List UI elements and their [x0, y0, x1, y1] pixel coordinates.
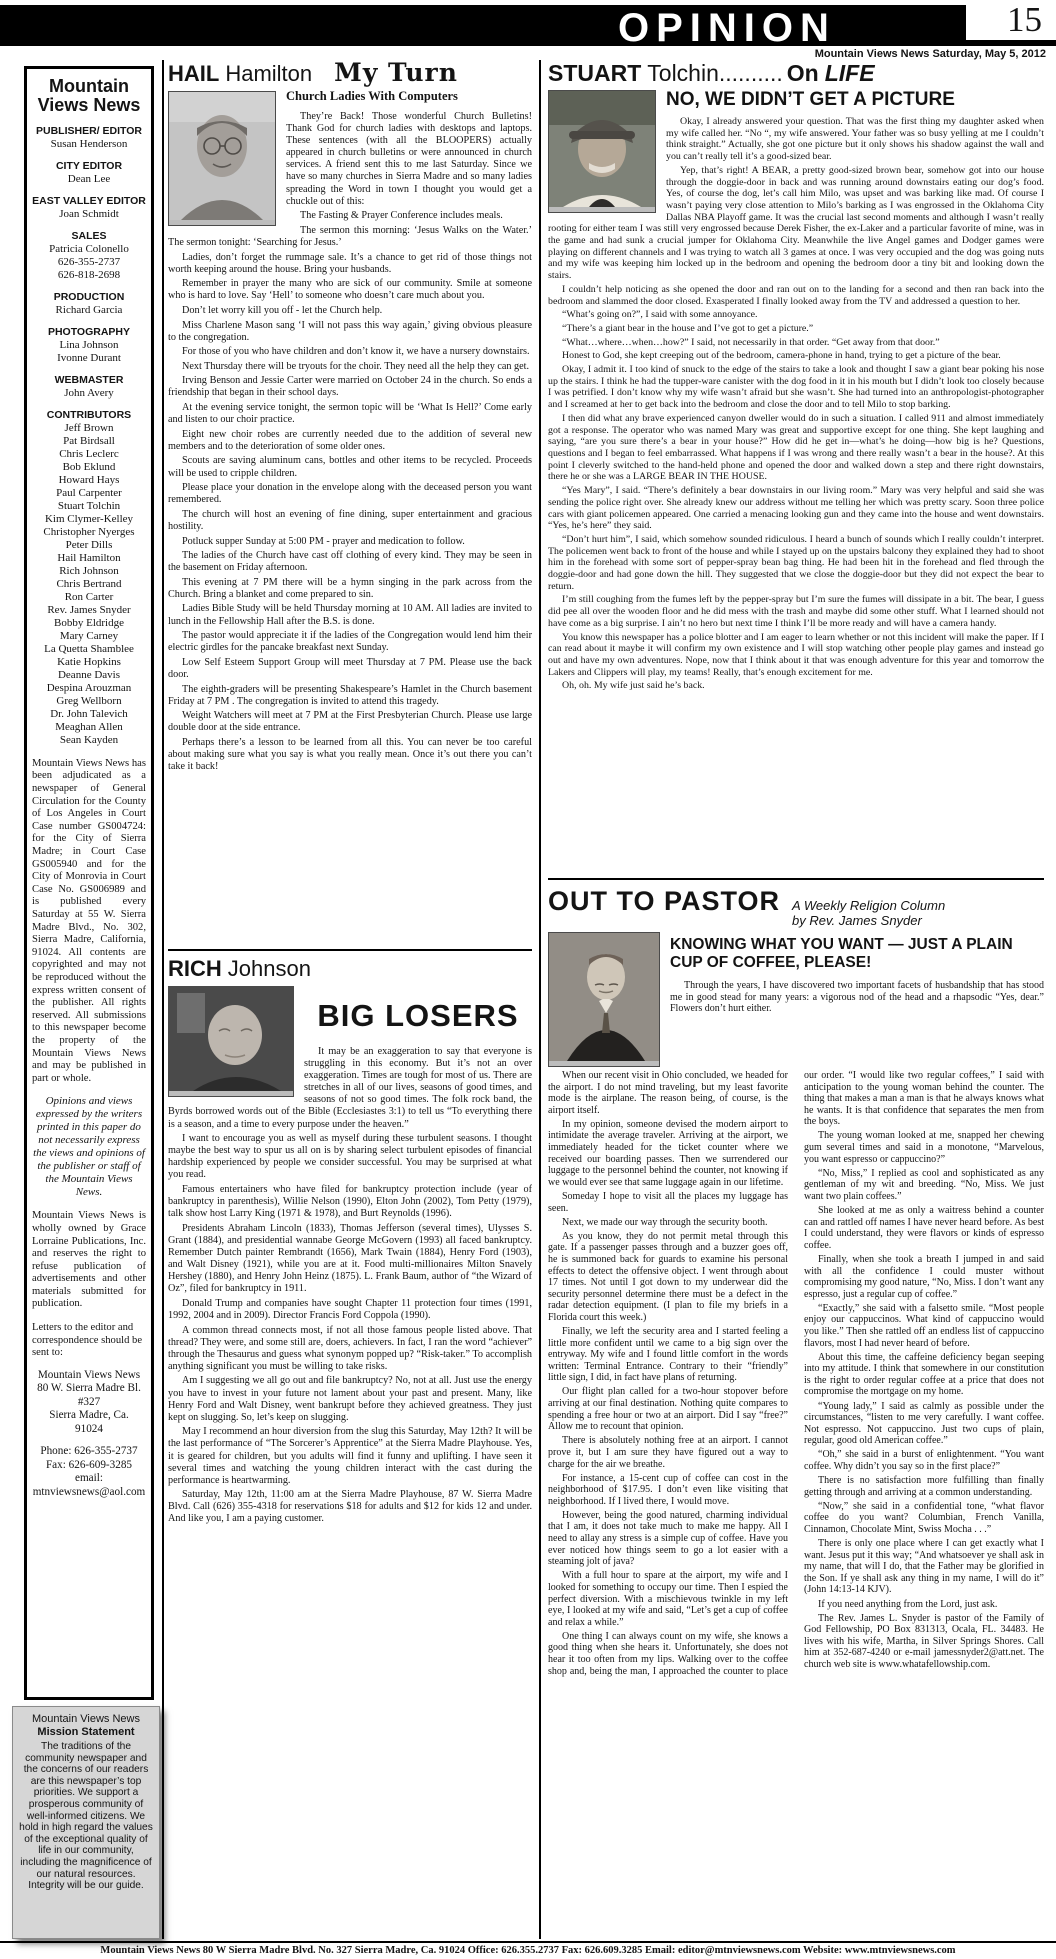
paragraph: Ladies, don’t forget the rummage sale. I…: [168, 252, 532, 276]
paragraph: Honest to God, she kept creeping out of …: [548, 350, 1044, 362]
paragraph: “Don’t hurt him”, I said, which somehow …: [548, 534, 1044, 593]
tolchin-column: STUART Tolchin.......... On LIFE NO, WE …: [548, 60, 1044, 875]
johnson-byline: RICH Johnson: [168, 956, 532, 982]
paragraph: Someday I hope to visit all the places m…: [548, 1191, 788, 1214]
paragraph: I couldn’t help noticing as she opened t…: [548, 284, 1044, 307]
james-snyder-photo: [548, 932, 660, 1067]
staff-name: Mary Carney: [32, 630, 146, 643]
staff-name: Patricia Colonello: [32, 243, 146, 256]
staff-role: CONTRIBUTORS: [32, 409, 146, 422]
page-number-box: 15: [966, 0, 1056, 40]
footer-line: Mountain Views News 80 W Sierra Madre Bl…: [0, 1945, 1056, 1956]
staff-name: Hail Hamilton: [32, 552, 146, 565]
pastor-subtitle-line2: by Rev. James Snyder: [792, 913, 922, 928]
pastor-column: OUT TO PASTOR A Weekly Religion Column b…: [548, 886, 1044, 1939]
pastor-subtitle: A Weekly Religion Column by Rev. James S…: [792, 898, 945, 928]
staff-name: Sean Kayden: [32, 734, 146, 747]
staff-name: Rich Johnson: [32, 565, 146, 578]
column-rule-left: [162, 60, 164, 1939]
paragraph: Irving Benson and Jessie Carter were mar…: [168, 375, 532, 399]
section-banner: [0, 5, 1056, 46]
staff-name: Ivonne Durant: [32, 352, 146, 365]
staff-name: Chris Leclerc: [32, 448, 146, 461]
paragraph: However, being the good natured, charmin…: [548, 1510, 788, 1568]
ownership-notice: Mountain Views News is wholly owned by G…: [32, 1210, 146, 1311]
paragraph: “No, Miss,” I replied as cool and sophis…: [804, 1168, 1044, 1203]
hamilton-first-name: HAIL: [168, 61, 219, 87]
paragraph: Famous entertainers who have filed for b…: [168, 1184, 532, 1220]
johnson-last-name: Johnson: [228, 956, 311, 982]
paragraph: Ladies Bible Study will be held Thursday…: [168, 603, 532, 627]
staff-name: John Avery: [32, 387, 146, 400]
paragraph: Remember in prayer the many who are sick…: [168, 278, 532, 302]
staff-role: CITY EDITOR: [32, 160, 146, 173]
contact-info: Phone: 626-355-2737Fax: 626-609-3285emai…: [32, 1445, 146, 1499]
paragraph: “Exactly,” she said with a falsetto smil…: [804, 1303, 1044, 1349]
page-number: 15: [1007, 0, 1056, 39]
staff-name: La Quetta Shamblee: [32, 643, 146, 656]
paragraph: “Yes Mary”, I said. “There’s definitely …: [548, 485, 1044, 532]
paragraph: Please place your donation in the envelo…: [168, 482, 532, 506]
paragraph: Am I suggesting we all go out and file b…: [168, 1375, 532, 1423]
paragraph: The young woman looked at me, snapped he…: [804, 1130, 1044, 1165]
staff-name: Rev. James Snyder: [32, 604, 146, 617]
masthead-sidebar: Mountain Views News PUBLISHER/ EDITORSus…: [24, 66, 154, 1700]
paragraph: A common thread connects most, if not al…: [168, 1325, 532, 1373]
paragraph: mtnviewsnews@aol.com: [32, 1486, 146, 1500]
staff-role: PUBLISHER/ EDITOR: [32, 125, 146, 138]
tolchin-byline: STUART Tolchin.......... On LIFE: [548, 60, 1044, 86]
letters-note: Letters to the editor and correspondence…: [32, 1322, 146, 1360]
staff-name: Greg Wellborn: [32, 695, 146, 708]
adjudication-notice: Mountain Views News has been adjudicated…: [32, 758, 146, 1085]
hail-hamilton-photo: [168, 91, 276, 226]
mission-title-line2: Mission Statement: [17, 1726, 155, 1739]
paragraph: As you know, they do not permit metal th…: [548, 1231, 788, 1324]
paragraph: About this time, the caffeine deficiency…: [804, 1352, 1044, 1398]
paragraph: The eighth-graders will be presenting Sh…: [168, 684, 532, 708]
staff-role: SALES: [32, 230, 146, 243]
section-divider-hamilton-johnson: [168, 949, 532, 951]
staff-name: Kim Clymer-Kelley: [32, 513, 146, 526]
paragraph: “There’s a giant bear in the house and I…: [548, 323, 1044, 335]
staff-role: PHOTOGRAPHY: [32, 326, 146, 339]
hamilton-column-title: My Turn: [334, 60, 458, 86]
paragraph: Mountain Views News: [32, 1369, 146, 1383]
paragraph: Our flight plan called for a two-hour st…: [548, 1386, 788, 1432]
paragraph: In my opinion, someone devised the moder…: [548, 1119, 788, 1189]
johnson-first-name: RICH: [168, 956, 222, 982]
paragraph: Next, we made our way through the securi…: [548, 1217, 788, 1229]
staff-name: Joan Schmidt: [32, 208, 146, 221]
paragraph: “Now,” she said in a confidential tone, …: [804, 1501, 1044, 1536]
johnson-body: It may be an exaggeration to say that ev…: [168, 1046, 532, 1526]
mailing-address: Mountain Views News80 W. Sierra Madre Bl…: [32, 1369, 146, 1437]
paragraph: Okay, I admit it. I too kind of snuck to…: [548, 364, 1044, 411]
paragraph: May I recommend an hour diversion from t…: [168, 1426, 532, 1486]
paragraph: I want to encourage you as well as mysel…: [168, 1133, 532, 1181]
tolchin-last-name: Tolchin..........: [647, 60, 783, 86]
paragraph: The ladies of the Church have cast off c…: [168, 550, 532, 574]
paragraph: “What…where…when…how?” I said, not neces…: [548, 337, 1044, 349]
paragraph: Fax: 626-609-3285: [32, 1459, 146, 1473]
staff-list: PUBLISHER/ EDITORSusan HendersonCITY EDI…: [32, 125, 146, 747]
hamilton-column: HAIL Hamilton My Turn Church Ladies With…: [168, 60, 532, 946]
paragraph: I then did what any brave experienced ca…: [548, 413, 1044, 483]
paragraph: You know this newspaper has a police blo…: [548, 632, 1044, 679]
staff-name: Jeff Brown: [32, 422, 146, 435]
pastor-title: OUT TO PASTOR: [548, 886, 780, 917]
paragraph: Perhaps there’s a lesson to be learned f…: [168, 737, 532, 773]
paragraph: When our recent visit in Ohio concluded,…: [548, 1070, 788, 1116]
paragraph: Donald Trump and companies have sought C…: [168, 1298, 532, 1322]
paragraph: There is absolutely nothing free at an a…: [548, 1435, 788, 1470]
paragraph: The Rev. James L. Snyder is pastor of th…: [804, 1613, 1044, 1671]
paragraph: For those of you who have children and d…: [168, 346, 532, 358]
staff-name: Meaghan Allen: [32, 721, 146, 734]
paragraph: Next Thursday there will be tryouts for …: [168, 361, 532, 373]
mission-title-line1: Mountain Views News: [17, 1713, 155, 1726]
staff-name: Katie Hopkins: [32, 656, 146, 669]
column-rule-mid: [539, 60, 541, 1939]
staff-name: Dr. John Talevich: [32, 708, 146, 721]
hamilton-byline: HAIL Hamilton My Turn: [168, 60, 532, 87]
paragraph: Miss Charlene Mason sang ‘I will not pas…: [168, 320, 532, 344]
paragraph: Presidents Abraham Lincoln (1833), Thoma…: [168, 1223, 532, 1296]
date-line: Mountain Views News Saturday, May 5, 201…: [815, 48, 1046, 60]
paragraph: Saturday, May 12th, 11:00 am at the Sier…: [168, 1489, 532, 1525]
staff-name: Paul Carpenter: [32, 487, 146, 500]
paragraph: Finally, when she took a breath I jumped…: [804, 1254, 1044, 1300]
paragraph: email:: [32, 1472, 146, 1486]
paragraph: Phone: 626-355-2737: [32, 1445, 146, 1459]
paragraph: 80 W. Sierra Madre Bl. #327: [32, 1382, 146, 1409]
paragraph: There is no satisfaction more fulfilling…: [804, 1475, 1044, 1498]
staff-name: Richard Garcia: [32, 304, 146, 317]
staff-name: Pat Birdsall: [32, 435, 146, 448]
staff-name: Christopher Nyerges: [32, 526, 146, 539]
paragraph: There is only one place where I can get …: [804, 1538, 1044, 1596]
paragraph: 91024: [32, 1423, 146, 1437]
staff-role: PRODUCTION: [32, 291, 146, 304]
pastor-header: OUT TO PASTOR A Weekly Religion Column b…: [548, 886, 1044, 928]
footer-rule: [0, 1941, 1056, 1943]
staff-name: Peter Dills: [32, 539, 146, 552]
staff-name: Dean Lee: [32, 173, 146, 186]
mission-body: The traditions of the community newspape…: [17, 1741, 155, 1892]
staff-name: Deanne Davis: [32, 669, 146, 682]
mission-statement-box: Mountain Views News Mission Statement Th…: [12, 1706, 160, 1939]
paragraph: Oh, oh. My wife just said he’s back.: [548, 680, 1044, 692]
paragraph: The church will host an evening of fine …: [168, 509, 532, 533]
staff-name: Howard Hays: [32, 474, 146, 487]
paragraph: For instance, a 15-cent cup of coffee ca…: [548, 1473, 788, 1508]
section-divider-tolchin-pastor: [548, 878, 1044, 880]
paragraph: Weight Watchers will meet at 7 PM at the…: [168, 710, 532, 734]
paragraph: Potluck supper Sunday at 5:00 PM - praye…: [168, 536, 532, 548]
newspaper-page: OPINION 15 Mountain Views News Saturday,…: [0, 0, 1056, 1959]
stuart-tolchin-photo: [548, 90, 656, 213]
paragraph: Scouts are saving aluminum cans, bottles…: [168, 455, 532, 479]
staff-name: Bobby Eldridge: [32, 617, 146, 630]
paragraph: Eight new choir robes are currently need…: [168, 429, 532, 453]
staff-name: Susan Henderson: [32, 138, 146, 151]
tolchin-life-label: LIFE: [825, 60, 875, 86]
paragraph: “Oh,” she said in a burst of enlightenme…: [804, 1449, 1044, 1472]
paragraph: Low Self Esteem Support Group will meet …: [168, 657, 532, 681]
johnson-column: RICH Johnson BIG LOSERS It may be an exa…: [168, 956, 532, 1938]
paragraph: She looked at me as only a waitress behi…: [804, 1205, 1044, 1251]
paragraph: “What’s going on?”, I said with some ann…: [548, 309, 1044, 321]
paragraph: This evening at 7 PM there will be a hym…: [168, 577, 532, 601]
staff-name: Ron Carter: [32, 591, 146, 604]
staff-name: 626-818-2698: [32, 269, 146, 282]
paragraph: Don’t let worry kill you off - let the C…: [168, 305, 532, 317]
paragraph: If you need anything from the Lord, just…: [804, 1599, 1044, 1611]
staff-role: WEBMASTER: [32, 374, 146, 387]
staff-name: 626-355-2737: [32, 256, 146, 269]
pastor-body: When our recent visit in Ohio concluded,…: [548, 1070, 1044, 1938]
pastor-subtitle-line1: A Weekly Religion Column: [792, 898, 945, 913]
paragraph: I’m still coughing from the fumes left b…: [548, 594, 1044, 629]
paragraph: With a full hour to spare at the airport…: [548, 1570, 788, 1628]
paragraph: “Young lady,” I said as calmly as possib…: [804, 1401, 1044, 1447]
newspaper-title: Mountain Views News: [32, 77, 146, 116]
staff-name: Chris Bertrand: [32, 578, 146, 591]
rich-johnson-photo: [168, 986, 294, 1097]
paragraph: Finally, we left the security area and I…: [548, 1326, 788, 1384]
paragraph: The sermon this morning: ‘Jesus Walks on…: [168, 225, 532, 249]
tolchin-on-label: On: [787, 60, 819, 86]
paragraph: The pastor would appreciate it if the la…: [168, 630, 532, 654]
staff-name: Stuart Tolchin: [32, 500, 146, 513]
section-title: OPINION: [618, 6, 836, 51]
staff-name: Lina Johnson: [32, 339, 146, 352]
staff-name: Despina Arouzman: [32, 682, 146, 695]
tolchin-first-name: STUART: [548, 60, 641, 86]
opinions-disclaimer: Opinions and views expressed by the writ…: [32, 1095, 146, 1199]
paragraph: At the evening service tonight, the serm…: [168, 402, 532, 426]
staff-role: EAST VALLEY EDITOR: [32, 195, 146, 208]
paragraph: Sierra Madre, Ca.: [32, 1409, 146, 1423]
hamilton-last-name: Hamilton: [225, 61, 312, 87]
staff-name: Bob Eklund: [32, 461, 146, 474]
